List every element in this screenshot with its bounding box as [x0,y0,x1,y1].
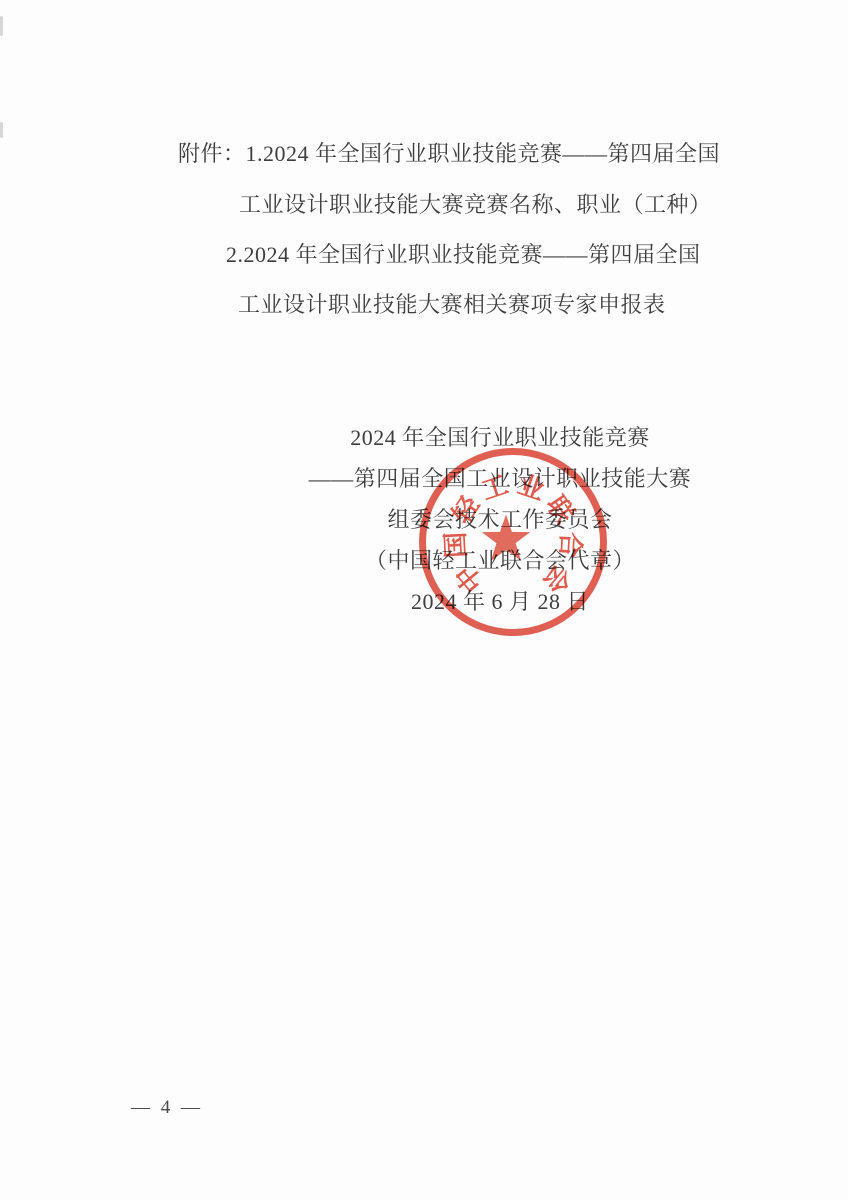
signature-line-on-behalf: （中国轻工业联合会代章） [250,540,750,581]
page-number: — 4 — [131,1097,203,1119]
attachment-line-3: 2.2024 年全国行业职业技能竞赛——第四届全国 [226,242,701,268]
attachment-line-2: 工业设计职业技能大赛竞赛名称、职业（工种） [239,192,712,218]
attachment-line-1: 附件：1.2024 年全国行业职业技能竞赛——第四届全国 [178,141,720,167]
signature-line-competition: 2024 年全国行业职业技能竞赛 [250,417,750,458]
signature-line-date: 2024 年 6 月 28 日 [250,581,750,622]
document-page: 附件：1.2024 年全国行业职业技能竞赛——第四届全国 工业设计职业技能大赛竞… [0,0,848,1200]
signature-block: 2024 年全国行业职业技能竞赛 ——第四届全国工业设计职业技能大赛 组委会技术… [250,417,750,622]
signature-line-contest: ——第四届全国工业设计职业技能大赛 [250,458,750,499]
attachment-line-4: 工业设计职业技能大赛相关赛项专家申报表 [238,292,666,318]
signature-line-committee: 组委会技术工作委员会 [250,499,750,540]
scan-edge-artifact [0,16,3,36]
scan-edge-artifact [0,122,3,138]
